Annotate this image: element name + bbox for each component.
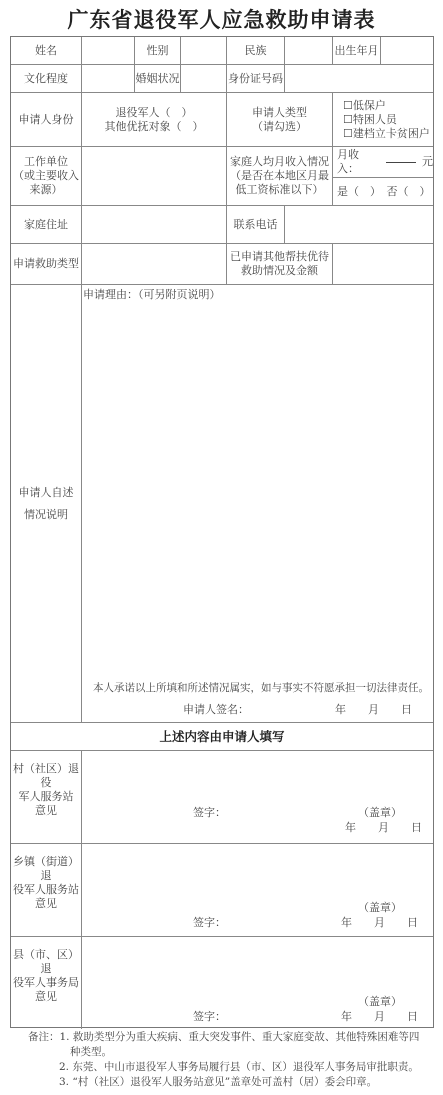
village-sign-label: 签字：	[193, 806, 226, 820]
village-opinion-label: 村（社区）退役 军人服务站 意见	[11, 751, 82, 844]
county-seal-label: （盖章）	[358, 995, 402, 1009]
phone-field[interactable]	[285, 206, 433, 244]
notes: 备注：1. 救助类型分为重大疾病、重大突发事件、重大家庭变故、其他特殊困难等四 …	[28, 1030, 419, 1090]
township-sign-label: 签字：	[193, 916, 226, 930]
applicant-type-checkboxes: ☐低保户 ☐特困人员 ☐建档立卡贫困户	[333, 93, 433, 147]
township-date: 年 月 日	[341, 916, 418, 930]
notes-prefix: 备注：	[28, 1031, 60, 1043]
note-1-cont-text: 种类型。	[59, 1046, 112, 1058]
form-title: 广东省退役军人应急救助申请表	[0, 4, 443, 34]
gender-label: 性别	[135, 37, 181, 65]
marital-label: 婚姻状况	[135, 65, 181, 93]
application-form-table: 姓名 性别 民族 出生年月 文化程度 婚姻状况 身份证号码 申请人身份 退役军人…	[10, 36, 434, 1028]
county-sign-label: 签字：	[193, 1010, 226, 1024]
other-aid-line1: 已申请其他帮扶优待	[230, 250, 329, 264]
phone-label: 联系电话	[227, 206, 285, 244]
township-label-line3: 意见	[35, 897, 57, 911]
identity-label: 申请人身份	[11, 93, 82, 147]
township-opinion-label: 乡镇（街道）退 役军人服务站 意见	[11, 844, 82, 937]
currency-label: 元	[422, 155, 433, 169]
applicant-type-text: 申请人类型	[252, 106, 307, 120]
work-label-line3: 来源）	[30, 183, 63, 197]
village-opinion-field[interactable]: 签字： （盖章） 年 月 日	[82, 751, 433, 844]
address-field[interactable]	[82, 206, 227, 244]
other-aid-line2: 救助情况及金额	[241, 264, 318, 278]
county-label-line2: 役军人事务局	[13, 976, 79, 990]
identity-option-other[interactable]: 其他优抚对象（ ）	[105, 120, 204, 134]
income-label-line1: 家庭人均月收入情况	[230, 155, 329, 169]
county-label-line1: 县（市、区）退	[11, 948, 81, 976]
ethnicity-field[interactable]	[285, 37, 333, 65]
address-label: 家庭住址	[11, 206, 82, 244]
name-field[interactable]	[82, 37, 135, 65]
birth-label: 出生年月	[333, 37, 381, 65]
aid-type-field[interactable]	[82, 244, 227, 285]
education-field[interactable]	[82, 65, 135, 93]
work-unit-field[interactable]	[82, 147, 227, 206]
statement-label-line1: 申请人自述	[19, 482, 74, 504]
ethnicity-label: 民族	[227, 37, 285, 65]
checkbox-low-income[interactable]: ☐低保户	[343, 99, 386, 113]
other-aid-label: 已申请其他帮扶优待 救助情况及金额	[227, 244, 333, 285]
statement-area[interactable]: 申请理由：（可另附页说明） 本人承诺以上所填和所述情况属实，如与事实不符愿承担一…	[82, 285, 433, 723]
statement-label: 申请人自述 情况说明	[11, 285, 82, 723]
note-1-text: 1. 救助类型分为重大疾病、重大突发事件、重大家庭变故、其他特殊困难等四	[60, 1031, 420, 1043]
township-seal-label: （盖章）	[358, 901, 402, 915]
aid-type-label: 申请救助类型	[11, 244, 82, 285]
work-label-line2: （或主要收入	[13, 169, 79, 183]
note-2: 2. 东莞、中山市退役军人事务局履行县（市、区）退役军人事务局审批职责。	[28, 1060, 419, 1075]
note-3: 3. “村（社区）退役军人服务站意见”盖章处可盖村（居）委会印章。	[28, 1075, 419, 1090]
identity-options[interactable]: 退役军人（ ） 其他优抚对象（ ）	[82, 93, 227, 147]
note-1-cont: 种类型。	[28, 1045, 419, 1060]
monthly-income-label: 月收入：	[337, 148, 380, 176]
note-1: 备注：1. 救助类型分为重大疾病、重大突发事件、重大家庭变故、其他特殊困难等四	[28, 1030, 419, 1045]
applicant-signature-date: 年 月 日	[335, 703, 412, 717]
other-aid-field[interactable]	[333, 244, 433, 285]
reason-label: 申请理由：（可另附页说明）	[83, 288, 221, 302]
township-label-line1: 乡镇（街道）退	[11, 855, 81, 883]
village-date: 年 月 日	[345, 821, 422, 835]
checkbox-special-poverty[interactable]: ☐特困人员	[343, 113, 397, 127]
gender-field[interactable]	[181, 37, 227, 65]
id-number-label: 身份证号码	[227, 65, 285, 93]
county-label-line3: 意见	[35, 990, 57, 1004]
monthly-income-blank[interactable]	[386, 162, 416, 163]
township-opinion-field[interactable]: 签字： （盖章） 年 月 日	[82, 844, 433, 937]
education-label: 文化程度	[11, 65, 82, 93]
village-label-line3: 意见	[35, 804, 57, 818]
income-label-line2: （是否在本地区月最	[230, 169, 329, 183]
birth-field[interactable]	[381, 37, 433, 65]
village-label-line1: 村（社区）退役	[11, 762, 81, 790]
id-number-field[interactable]	[285, 65, 433, 93]
identity-option-veteran[interactable]: 退役军人（ ）	[116, 106, 193, 120]
name-label: 姓名	[11, 37, 82, 65]
checkbox-registered-poor[interactable]: ☐建档立卡贫困户	[343, 127, 430, 141]
statement-label-line2: 情况说明	[24, 504, 68, 526]
village-label-line2: 军人服务站	[19, 790, 74, 804]
applicant-type-hint: （请勾选）	[252, 120, 307, 134]
county-date: 年 月 日	[341, 1010, 418, 1024]
village-seal-label: （盖章）	[358, 806, 402, 820]
income-label-line3: 低工资标准以下）	[236, 183, 324, 197]
work-unit-label: 工作单位 （或主要收入 来源）	[11, 147, 82, 206]
work-label-line1: 工作单位	[24, 155, 68, 169]
section-header: 上述内容由申请人填写	[11, 723, 433, 751]
county-opinion-field[interactable]: 签字： （盖章） 年 月 日	[82, 937, 433, 1029]
applicant-signature-label: 申请人签名：	[183, 703, 249, 717]
township-label-line2: 役军人服务站	[13, 883, 79, 897]
marital-field[interactable]	[181, 65, 227, 93]
below-min-wage-field[interactable]: 是（ ） 否（ ）	[333, 178, 433, 206]
pledge-text: 本人承诺以上所填和所述情况属实，如与事实不符愿承担一切法律责任。	[93, 681, 429, 695]
income-label: 家庭人均月收入情况 （是否在本地区月最 低工资标准以下）	[227, 147, 333, 206]
county-opinion-label: 县（市、区）退 役军人事务局 意见	[11, 937, 82, 1029]
monthly-income-field[interactable]: 月收入：元	[333, 147, 433, 178]
applicant-type-label: 申请人类型 （请勾选）	[227, 93, 333, 147]
